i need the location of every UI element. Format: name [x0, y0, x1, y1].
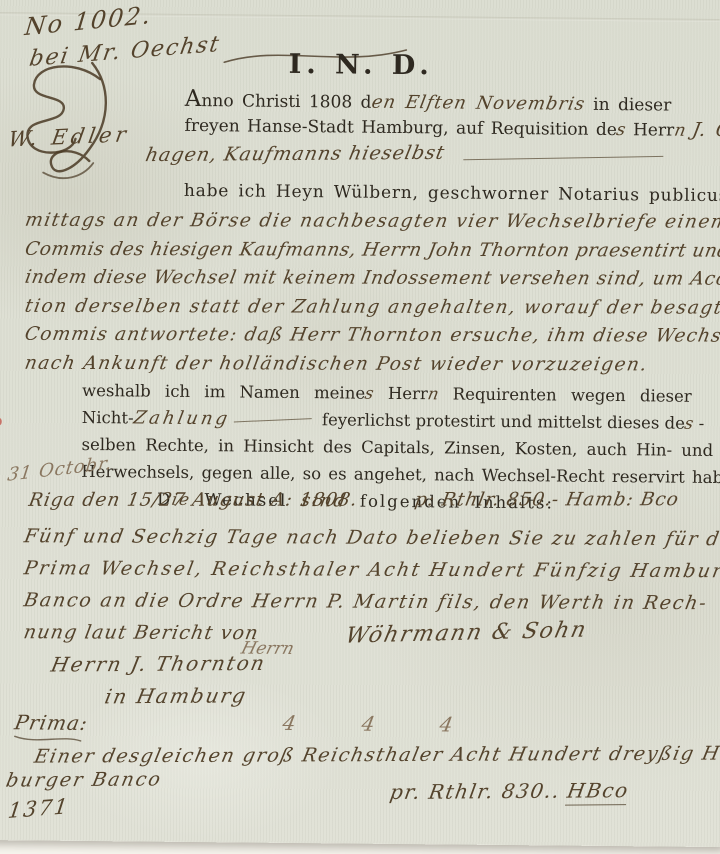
addressee-name: Herrn J. Thornton [49, 651, 268, 677]
second-bill-amount: pr. Rthlr. 830.. HBco [390, 778, 628, 807]
requirent-name-hand-2: hagen, Kaufmanns hieselbst [144, 142, 447, 166]
intro-line-1: Anno Christi 1808 den Elften Novembris i… [185, 86, 705, 117]
blank-line-flourish [463, 156, 663, 160]
protest-line-2: Nicht-Zahlungfeyerlichst protestirt und … [82, 404, 642, 436]
protest-text: - [699, 414, 705, 433]
amount-currency: HBco [565, 778, 631, 806]
amount-text: pr. Rthlr. 830.. [388, 779, 562, 804]
document-paper: No 1002. bei Mr. Oechst W. Edler I. N. D… [0, 0, 720, 846]
ditto-marks: 4 4 4 [283, 711, 453, 737]
des-s-hand: s [615, 120, 627, 140]
requirent-name-hand: J. G. Staven- [690, 119, 720, 142]
bill-place-date: Riga den 15/27 August A: 1808. [27, 490, 359, 511]
second-bill-line-1: Einer desgleichen groß Reichsthaler Acht… [32, 742, 720, 767]
bill-line: Prima Wechsel, Reichsthaler Acht Hundert… [21, 552, 720, 587]
protest-text: feyerlichst protestirt und mittelst dies… [322, 410, 685, 432]
narrative-line: nach Ankunft der holländischen Post wied… [22, 349, 650, 379]
bill-line: Fünf und Sechzig Tage nach Dato belieben… [22, 520, 720, 555]
bill-line: Banco an die Ordre Herrn P. Martin fils,… [21, 584, 710, 619]
docket-number: No 1002. [23, 1, 153, 42]
notary-line: habe ich Heyn Wülbern, geschworner Notar… [184, 180, 718, 206]
monogram-flourish-icon [13, 56, 134, 182]
second-bill-line-2: burger Banco [4, 768, 164, 791]
narrative-line: tion derselben statt der Zahlung angehal… [22, 292, 720, 322]
bill-first-line: Riga den 15/27 August A: 1808. p: Rthlr.… [29, 489, 679, 511]
narrative-line: mittags an der Börse die nachbesagten vi… [23, 207, 720, 237]
narrative-line: Commis antwortete: daß Herr Thornton ers… [22, 321, 720, 351]
city-print: freyen Hanse-Stadt Hamburg, auf Requisit… [185, 116, 617, 140]
bill-line: nung laut Bericht von [21, 616, 262, 649]
protest-text: weshalb ich im Namen meine [82, 381, 365, 403]
ditto-mark: 4 [359, 712, 376, 736]
ditto-mark: 4 [438, 712, 455, 736]
zahlung-flourish [234, 418, 312, 422]
invocation-heading: I. N. D. [261, 49, 461, 82]
nicht-zahlung-hand: Zahlung [131, 404, 232, 432]
protest-text: Requirenten wegen dieser [453, 384, 692, 405]
bill-amount-note: p: Rthlr. 850.- Hamb: Bco [413, 489, 680, 510]
narrative-line: Commis des hiesigen Kaufmanns, Herrn Joh… [23, 235, 720, 265]
notary-print: habe ich Heyn Wülbern, geschworner Notar… [184, 181, 720, 206]
prima-label: Prima: [15, 710, 88, 735]
red-speck [0, 418, 2, 425]
intro-line-2: freyen Hanse-Stadt Hamburg, auf Requisit… [185, 114, 720, 141]
anno-print: nno Christi 1808 d [201, 91, 371, 113]
herr-print: Herr [633, 120, 674, 140]
addressee-city: in Hamburg [103, 683, 250, 708]
protest-text: Herr [388, 384, 428, 403]
narrative-line: indem diese Wechsel mit keinem Indosseme… [22, 264, 720, 294]
anno-print-2: in dieser [593, 95, 671, 116]
anno-date-hand: en Elften Novembris [370, 92, 587, 115]
protest-text: Nicht- [82, 408, 134, 427]
narrative-block: mittags an der Börse die nachbesagten vi… [25, 207, 715, 380]
file-number: 1371 [7, 794, 71, 823]
intro-line-3: hagen, Kaufmanns hieselbst [146, 142, 663, 169]
anno-initial: A [185, 86, 202, 112]
ditto-mark: 4 [281, 711, 298, 735]
